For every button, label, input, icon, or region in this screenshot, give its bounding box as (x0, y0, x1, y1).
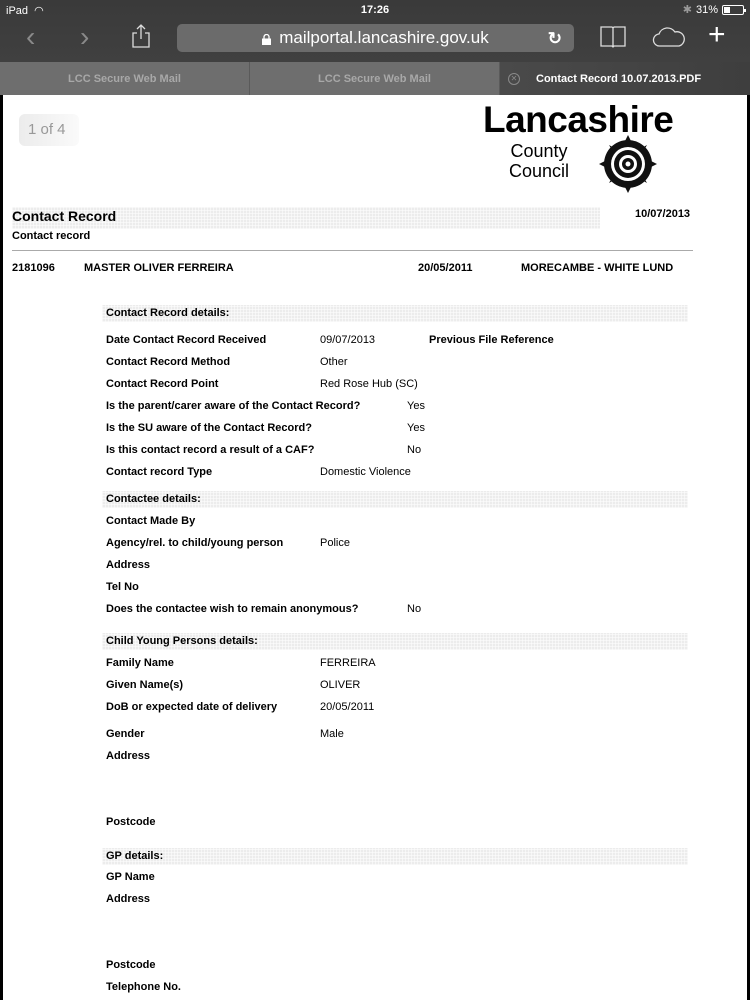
field-label: Address (106, 893, 150, 905)
tab-bar: LCC Secure Web Mail LCC Secure Web Mail … (0, 62, 750, 95)
bluetooth-icon: ✱ (683, 3, 692, 16)
field-label: Is the SU aware of the Contact Record? (106, 422, 312, 434)
field-label: Postcode (106, 816, 156, 828)
field-label: Previous File Reference (429, 334, 554, 346)
tab-label: Contact Record 10.07.2013.PDF (536, 73, 701, 85)
field-value: Male (320, 728, 344, 740)
field-label: Date Contact Record Received (106, 334, 266, 346)
field-label: Contact Record Point (106, 378, 218, 390)
tab-secure-web-mail-2[interactable]: LCC Secure Web Mail (250, 62, 500, 95)
council-logo: Lancashire County Council (481, 99, 681, 195)
field-label: Family Name (106, 657, 174, 669)
section-contact-record-details: Contact Record details: (102, 305, 688, 322)
field-value: 09/07/2013 (320, 334, 375, 346)
field-value: Other (320, 356, 348, 368)
record-dob: 20/05/2011 (418, 262, 472, 274)
field-label: Address (106, 559, 150, 571)
logo-council: Council (509, 161, 569, 181)
field-label: GP Name (106, 871, 155, 883)
document-date: 10/07/2013 (635, 208, 690, 220)
field-value: Domestic Violence (320, 466, 411, 478)
logo-county-council: County Council (509, 141, 569, 181)
field-label: Address (106, 750, 150, 762)
field-label: Contact record Type (106, 466, 212, 478)
field-value: Police (320, 537, 350, 549)
tab-label: LCC Secure Web Mail (68, 73, 181, 85)
field-label: Gender (106, 728, 145, 740)
tab-label: LCC Secure Web Mail (318, 73, 431, 85)
record-name: MASTER OLIVER FERREIRA (84, 262, 234, 274)
field-value: Red Rose Hub (SC) (320, 378, 418, 390)
plus-icon[interactable]: + (708, 20, 726, 50)
logo-county: County (510, 141, 567, 161)
battery-icon (722, 5, 744, 15)
field-label: Given Name(s) (106, 679, 183, 691)
status-bar: iPad ◠ 17:26 ✱ 31% (0, 0, 750, 20)
field-value: Yes (407, 400, 425, 412)
pdf-page: 1 of 4 Lancashire County Council Contact… (3, 95, 747, 1000)
page-indicator: 1 of 4 (19, 114, 79, 146)
field-label: DoB or expected date of delivery (106, 701, 277, 713)
field-label: Agency/rel. to child/young person (106, 537, 283, 549)
clock: 17:26 (0, 4, 750, 16)
reload-icon[interactable]: ↻ (548, 29, 562, 49)
record-location: MORECAMBE - WHITE LUND (521, 262, 673, 274)
field-value: No (407, 603, 421, 615)
close-icon[interactable]: ✕ (508, 73, 520, 85)
document-title: Contact Record (12, 208, 116, 224)
field-label: Tel No (106, 581, 139, 593)
field-label: Postcode (106, 959, 156, 971)
cloud-icon[interactable] (652, 26, 686, 48)
section-gp-details: GP details: (102, 848, 688, 865)
field-label: Is the parent/carer aware of the Contact… (106, 400, 360, 412)
field-value: Yes (407, 422, 425, 434)
divider (12, 250, 693, 251)
address-bar[interactable]: mailportal.lancashire.gov.uk ↻ (177, 24, 574, 52)
field-value: FERREIRA (320, 657, 376, 669)
url-text: mailportal.lancashire.gov.uk (279, 28, 488, 48)
lock-icon (262, 34, 271, 45)
field-label: Telephone No. (106, 981, 181, 993)
book-icon[interactable] (600, 25, 626, 49)
field-value: OLIVER (320, 679, 360, 691)
share-icon[interactable] (132, 24, 150, 48)
chevron-left-icon[interactable]: ‹ (26, 23, 35, 51)
record-id: 2181096 (12, 262, 55, 274)
section-child-details: Child Young Persons details: (102, 633, 688, 650)
field-label: Contact Made By (106, 515, 195, 527)
tab-secure-web-mail-1[interactable]: LCC Secure Web Mail (0, 62, 250, 95)
tab-contact-record-pdf[interactable]: ✕ Contact Record 10.07.2013.PDF (500, 62, 750, 95)
field-value: No (407, 444, 421, 456)
section-contactee-details: Contactee details: (102, 491, 688, 508)
red-rose-icon (597, 135, 659, 193)
battery-percent: 31% (696, 4, 718, 16)
field-label: Does the contactee wish to remain anonym… (106, 603, 358, 615)
field-value: 20/05/2011 (320, 701, 374, 713)
document-subtitle: Contact record (12, 230, 90, 242)
field-label: Is this contact record a result of a CAF… (106, 444, 314, 456)
status-right: ✱ 31% (683, 3, 744, 16)
browser-toolbar: iPad ◠ 17:26 ✱ 31% ‹ › mailportal.lancas… (0, 0, 750, 62)
field-label: Contact Record Method (106, 356, 230, 368)
chevron-right-icon[interactable]: › (80, 23, 89, 51)
